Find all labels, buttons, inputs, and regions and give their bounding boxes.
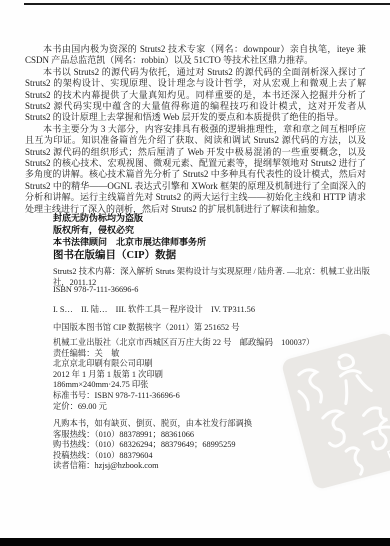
printer-line: 北京京北印刷有限公司印刷 xyxy=(53,359,314,370)
intro-paragraph-recommendation: 本书由国内极为资深的 Struts2 技术专家（网名：downpour）亲自执笔… xyxy=(25,44,366,67)
cip-classification: I. S… II. 陆… III. 软件工具－程序设计 IV. TP311.56 xyxy=(53,303,255,315)
rights-reserved-notice: 版权所有，侵权必究 xyxy=(53,224,206,236)
exchange-notice-line: 凡购本书，如有缺页、倒页、脱页，由本社发行部调换 xyxy=(53,419,252,430)
anti-piracy-notice: 封底无防伪标均为盗版 xyxy=(53,212,206,224)
customer-hotline-line: 客服热线：（010）88378991；88361066 xyxy=(53,430,252,441)
standard-isbn-line: 标准书号：ISBN 978-7-111-36696-6 xyxy=(53,391,314,402)
scan-artifact-bottom-bar xyxy=(0,538,390,546)
book-copyright-page: 本书由国内极为资深的 Struts2 技术专家（网名：downpour）亲自执笔… xyxy=(0,0,390,546)
publisher-address-line: 机械工业出版社（北京市西城区百万庄大街 22 号 邮政编码 100037） xyxy=(53,338,314,349)
service-block: 凡购本书，如有缺页、倒页、脱页，由本社发行部调换 客服热线：（010）88378… xyxy=(53,419,252,472)
intro-paragraph-overview: 本书以 Struts2 的源代码为依托，通过对 Struts2 的源代码的全面剖… xyxy=(25,67,366,124)
editor-line: 责任编辑：关 敏 xyxy=(53,349,314,360)
colophon-block: 机械工业出版社（北京市西城区百万庄大街 22 号 邮政编码 100037） 责任… xyxy=(53,338,314,412)
copyright-notices: 封底无防伪标均为盗版 版权所有，侵权必究 本书法律顾问 北京市展达律师事务所 xyxy=(53,212,206,249)
submission-hotline-line: 投稿热线：（010）88379604 xyxy=(53,451,252,462)
edition-line: 2012 年 1 月第 1 版第 1 次印刷 xyxy=(53,370,314,381)
reader-mailbox-line: 读者信箱：hzjsj@hzbook.com xyxy=(53,461,252,472)
intro-paragraphs: 本书由国内极为资深的 Struts2 技术专家（网名：downpour）亲自执笔… xyxy=(25,44,366,215)
scan-artifact-top-line xyxy=(24,3,390,5)
cip-record-number: 中国版本图书馆 CIP 数据核字（2011）第 251652 号 xyxy=(53,321,240,333)
format-line: 186mm×240mm·24.75 印张 xyxy=(53,380,314,391)
price-line: 定价：69.00 元 xyxy=(53,402,314,413)
intro-paragraph-structure: 本书主要分为 3 大部分，内容安排具有极强的逻辑推理性，章和章之间互相呼应且互为… xyxy=(25,124,366,215)
cip-isbn: ISBN 978-7-111-36696-6 xyxy=(53,285,138,294)
purchase-hotline-line: 购书热线：（010）68326294；88379649；68995259 xyxy=(53,440,252,451)
cip-heading: 图书在版编目（CIP）数据 xyxy=(53,247,176,262)
